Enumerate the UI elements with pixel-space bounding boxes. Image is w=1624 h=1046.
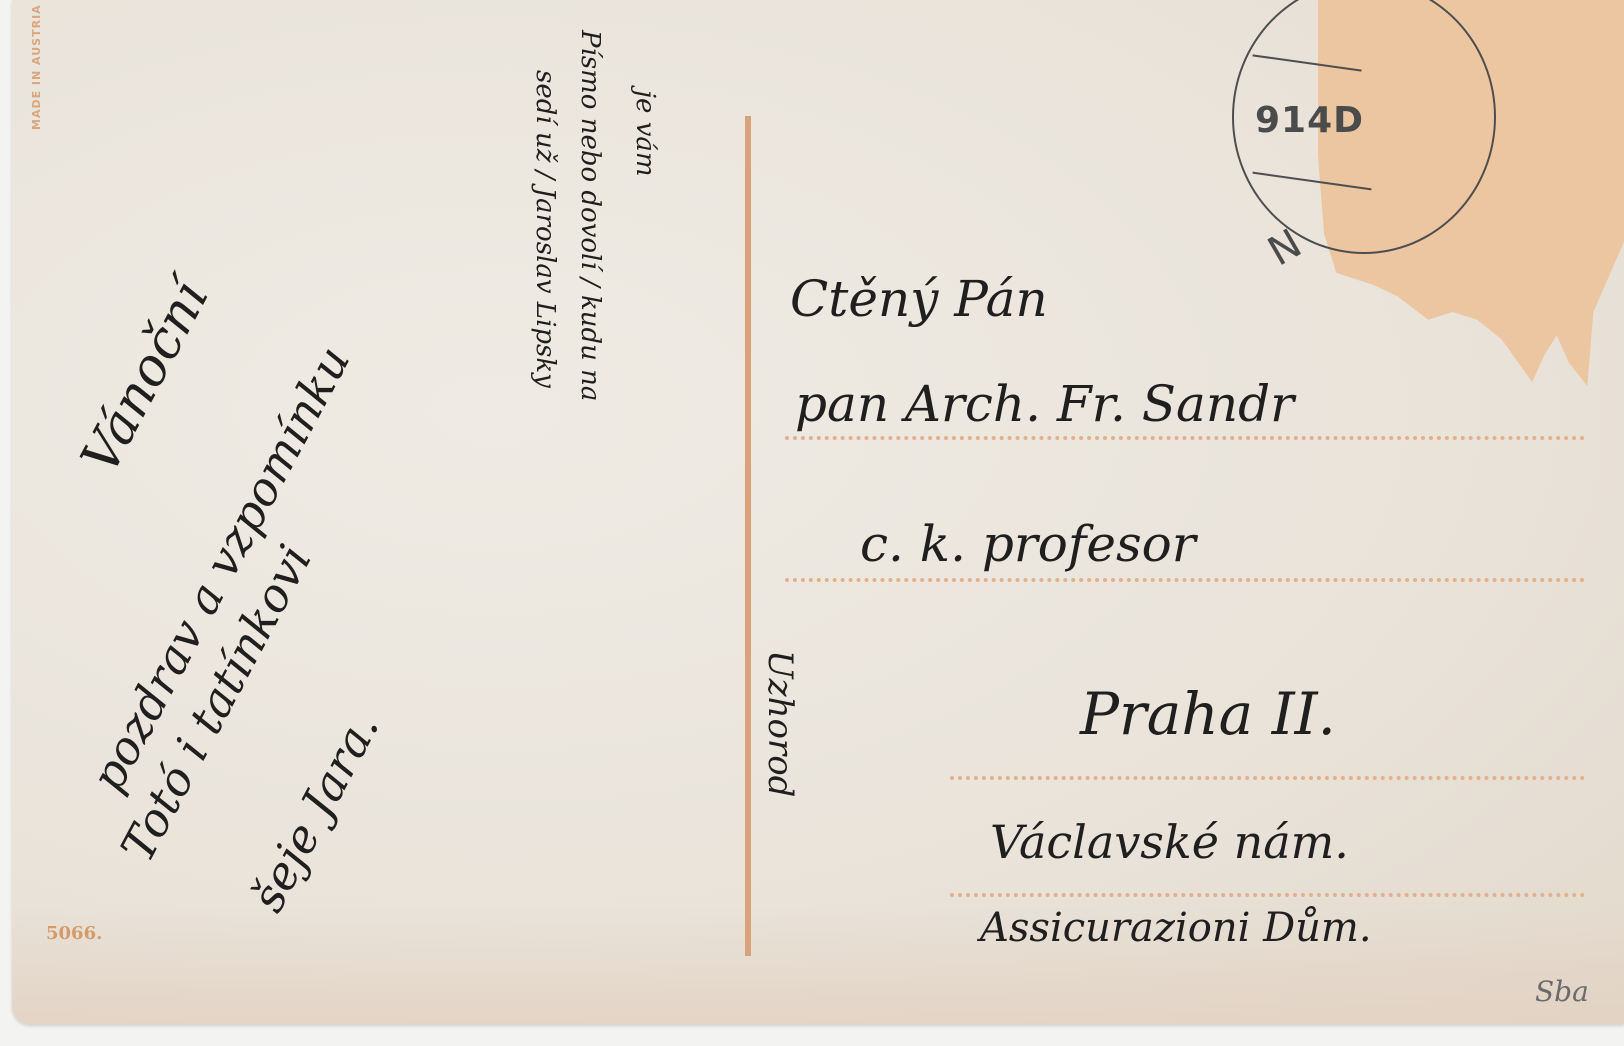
vertical-message-line-1: sedí už / Jaroslav Lipsky [530, 70, 560, 388]
address-street: Václavské nám. [990, 815, 1349, 869]
postmark-date: 914D [1255, 100, 1364, 141]
address-city: Praha II. [1080, 680, 1336, 748]
address-line-4 [950, 893, 1585, 897]
series-number: 5066. [46, 923, 102, 944]
address-salutation: Ctěný Pán [790, 270, 1048, 328]
address-line-1 [785, 436, 1585, 440]
pencil-note: Sba [1535, 975, 1589, 1008]
made-in-imprint: MADE IN AUSTRIA [30, 4, 43, 130]
address-line-3 [950, 776, 1585, 780]
paper-stain [12, 904, 1624, 1024]
center-divider-line [745, 116, 751, 956]
address-title: c. k. profesor [860, 515, 1196, 573]
vertical-message-line-2: Písmo nebo dovolí / kudu na [575, 30, 605, 401]
address-name: pan Arch. Fr. Sandr [795, 375, 1294, 433]
sender-locality: Uzhorod [760, 650, 800, 797]
address-line-2 [785, 578, 1585, 582]
address-building: Assicurazioni Dům. [980, 905, 1372, 951]
vertical-message-line-3: je vám [630, 90, 660, 177]
